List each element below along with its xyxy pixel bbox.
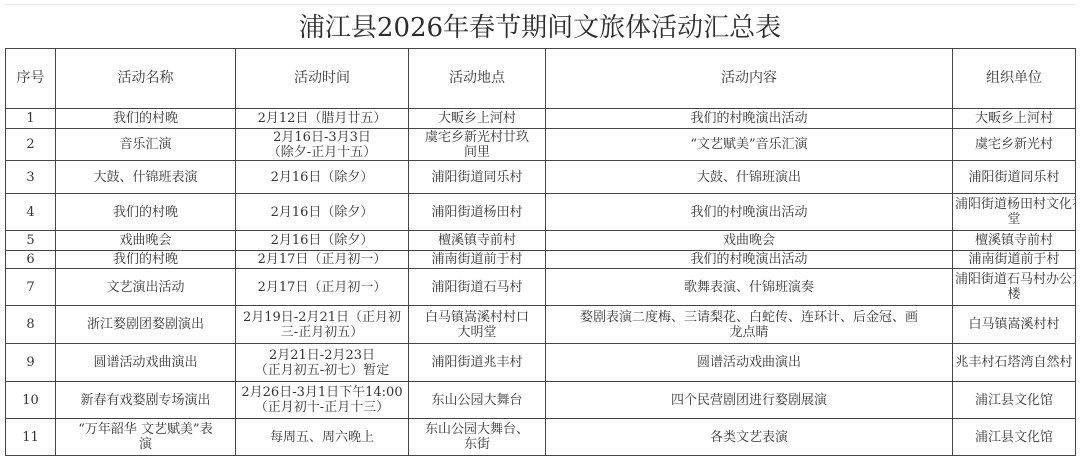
table-row: 10 新春有戏婺剧专场演出 2月26日-3月1日下午14:00 （正月初十-正月… — [6, 382, 1076, 419]
cell-content: “文艺赋美”音乐汇演 — [546, 129, 953, 161]
cell-time: 2月26日-3月1日下午14:00 （正月初十-正月十三） — [236, 382, 409, 419]
table-row: 5 戏曲晚会 2月16日（除夕） 檀溪镇寺前村 戏曲晚会 檀溪镇寺前村 — [6, 231, 1076, 251]
cell-place: 浦阳街道杨田村 — [409, 194, 546, 231]
table-row: 9 圆谱活动戏曲演出 2月21日-2月23日 （正月初五-初七）暂定 浦阳街道兆… — [6, 344, 1076, 382]
cell-place: 浦阳街道同乐村 — [409, 161, 546, 194]
table-row: 11 “万年韶华 文艺赋美”表 演 每周五、周六晚上 东山公园大舞台、 东街 各… — [6, 419, 1076, 456]
cell-index: 6 — [6, 251, 56, 269]
cell-place: 东山公园大舞台、 东街 — [409, 419, 546, 456]
cell-place: 白马镇嵩溪村村口 大明堂 — [409, 306, 546, 344]
header-organizer: 组织单位 — [953, 49, 1076, 109]
header-index: 序号 — [6, 49, 56, 109]
table-row: 7 文艺演出活动 2月17日（正月初一） 浦阳街道石马村 歌舞表演、什锦班演奏 … — [6, 269, 1076, 306]
header-row: 序号 活动名称 活动时间 活动地点 活动内容 组织单位 — [6, 49, 1076, 109]
cell-name: 戏曲晚会 — [56, 231, 236, 251]
top-rule — [5, 4, 1075, 5]
cell-content: 歌舞表演、什锦班演奏 — [546, 269, 953, 306]
cell-content: 我们的村晚演出活动 — [546, 194, 953, 231]
header-content: 活动内容 — [546, 49, 953, 109]
cell-organizer: 浦南街道前于村 — [953, 251, 1076, 269]
table-row: 4 我们的村晚 2月16日（除夕） 浦阳街道杨田村 我们的村晚演出活动 浦阳街道… — [6, 194, 1076, 231]
cell-name: 大鼓、什锦班表演 — [56, 161, 236, 194]
header-place: 活动地点 — [409, 49, 546, 109]
table-row: 8 浙江婺剧团婺剧演出 2月19日-2月21日（正月初 三-正月初五） 白马镇嵩… — [6, 306, 1076, 344]
cell-time: 2月16日-3月3日 （除夕-正月十五） — [236, 129, 409, 161]
cell-place: 檀溪镇寺前村 — [409, 231, 546, 251]
cell-organizer: 浦江县文化馆 — [953, 382, 1076, 419]
cell-time: 2月12日（腊月廿五） — [236, 109, 409, 129]
cell-name: 新春有戏婺剧专场演出 — [56, 382, 236, 419]
cell-time: 2月21日-2月23日 （正月初五-初七）暂定 — [236, 344, 409, 382]
header-time: 活动时间 — [236, 49, 409, 109]
cell-place: 浦阳街道石马村 — [409, 269, 546, 306]
cell-index: 5 — [6, 231, 56, 251]
cell-content: 婺剧表演二度梅、三请梨花、白蛇传、连环计、后金冠、画 龙点睛 — [546, 306, 953, 344]
cell-content: 圆谱活动戏曲演出 — [546, 344, 953, 382]
cell-organizer: 大畈乡上河村 — [953, 109, 1076, 129]
cell-name: 我们的村晚 — [56, 194, 236, 231]
cell-name: 我们的村晚 — [56, 251, 236, 269]
table-row: 1 我们的村晚 2月12日（腊月廿五） 大畈乡上河村 我们的村晚演出活动 大畈乡… — [6, 109, 1076, 129]
cell-time: 2月19日-2月21日（正月初 三-正月初五） — [236, 306, 409, 344]
cell-time: 2月17日（正月初一） — [236, 269, 409, 306]
activity-summary-table: 序号 活动名称 活动时间 活动地点 活动内容 组织单位 1 我们的村晚 2月12… — [5, 48, 1076, 456]
cell-index: 2 — [6, 129, 56, 161]
cell-name: 我们的村晚 — [56, 109, 236, 129]
document-title: 浦江县2026年春节期间文旅体活动汇总表 — [5, 8, 1075, 48]
cell-organizer: 浦阳街道杨田村文化礼 堂 — [953, 194, 1076, 231]
cell-content: 各类文艺表演 — [546, 419, 953, 456]
cell-time: 2月16日（除夕） — [236, 231, 409, 251]
cell-place: 虞宅乡新光村廿玖 间里 — [409, 129, 546, 161]
cell-index: 9 — [6, 344, 56, 382]
cell-name: 浙江婺剧团婺剧演出 — [56, 306, 236, 344]
cell-index: 8 — [6, 306, 56, 344]
cell-time: 2月17日（正月初一） — [236, 251, 409, 269]
table-row: 6 我们的村晚 2月17日（正月初一） 浦南街道前于村 我们的村晚演出活动 浦南… — [6, 251, 1076, 269]
cell-name: 文艺演出活动 — [56, 269, 236, 306]
cell-content: 戏曲晚会 — [546, 231, 953, 251]
header-name: 活动名称 — [56, 49, 236, 109]
cell-name: “万年韶华 文艺赋美”表 演 — [56, 419, 236, 456]
cell-index: 1 — [6, 109, 56, 129]
cell-index: 11 — [6, 419, 56, 456]
cell-organizer: 兆丰村石塔湾自然村 — [953, 344, 1076, 382]
cell-time: 每周五、周六晚上 — [236, 419, 409, 456]
cell-organizer: 檀溪镇寺前村 — [953, 231, 1076, 251]
cell-organizer: 浦阳街道石马村办公大 楼 — [953, 269, 1076, 306]
cell-content: 我们的村晚演出活动 — [546, 251, 953, 269]
cell-content: 我们的村晚演出活动 — [546, 109, 953, 129]
cell-index: 4 — [6, 194, 56, 231]
cell-place: 东山公园大舞台 — [409, 382, 546, 419]
cell-content: 大鼓、什锦班演出 — [546, 161, 953, 194]
cell-content: 四个民营剧团进行婺剧展演 — [546, 382, 953, 419]
cell-organizer: 虞宅乡新光村 — [953, 129, 1076, 161]
cell-name: 音乐汇演 — [56, 129, 236, 161]
cell-index: 3 — [6, 161, 56, 194]
cell-place: 浦阳街道兆丰村 — [409, 344, 546, 382]
cell-time: 2月16日（除夕） — [236, 161, 409, 194]
cell-name: 圆谱活动戏曲演出 — [56, 344, 236, 382]
cell-index: 10 — [6, 382, 56, 419]
cell-place: 浦南街道前于村 — [409, 251, 546, 269]
table-row: 2 音乐汇演 2月16日-3月3日 （除夕-正月十五） 虞宅乡新光村廿玖 间里 … — [6, 129, 1076, 161]
cell-organizer: 浦阳街道同乐村 — [953, 161, 1076, 194]
cell-organizer: 白马镇嵩溪村村 — [953, 306, 1076, 344]
cell-time: 2月16日（除夕） — [236, 194, 409, 231]
cell-place: 大畈乡上河村 — [409, 109, 546, 129]
table-row: 3 大鼓、什锦班表演 2月16日（除夕） 浦阳街道同乐村 大鼓、什锦班演出 浦阳… — [6, 161, 1076, 194]
cell-organizer: 浦江县文化馆 — [953, 419, 1076, 456]
cell-index: 7 — [6, 269, 56, 306]
